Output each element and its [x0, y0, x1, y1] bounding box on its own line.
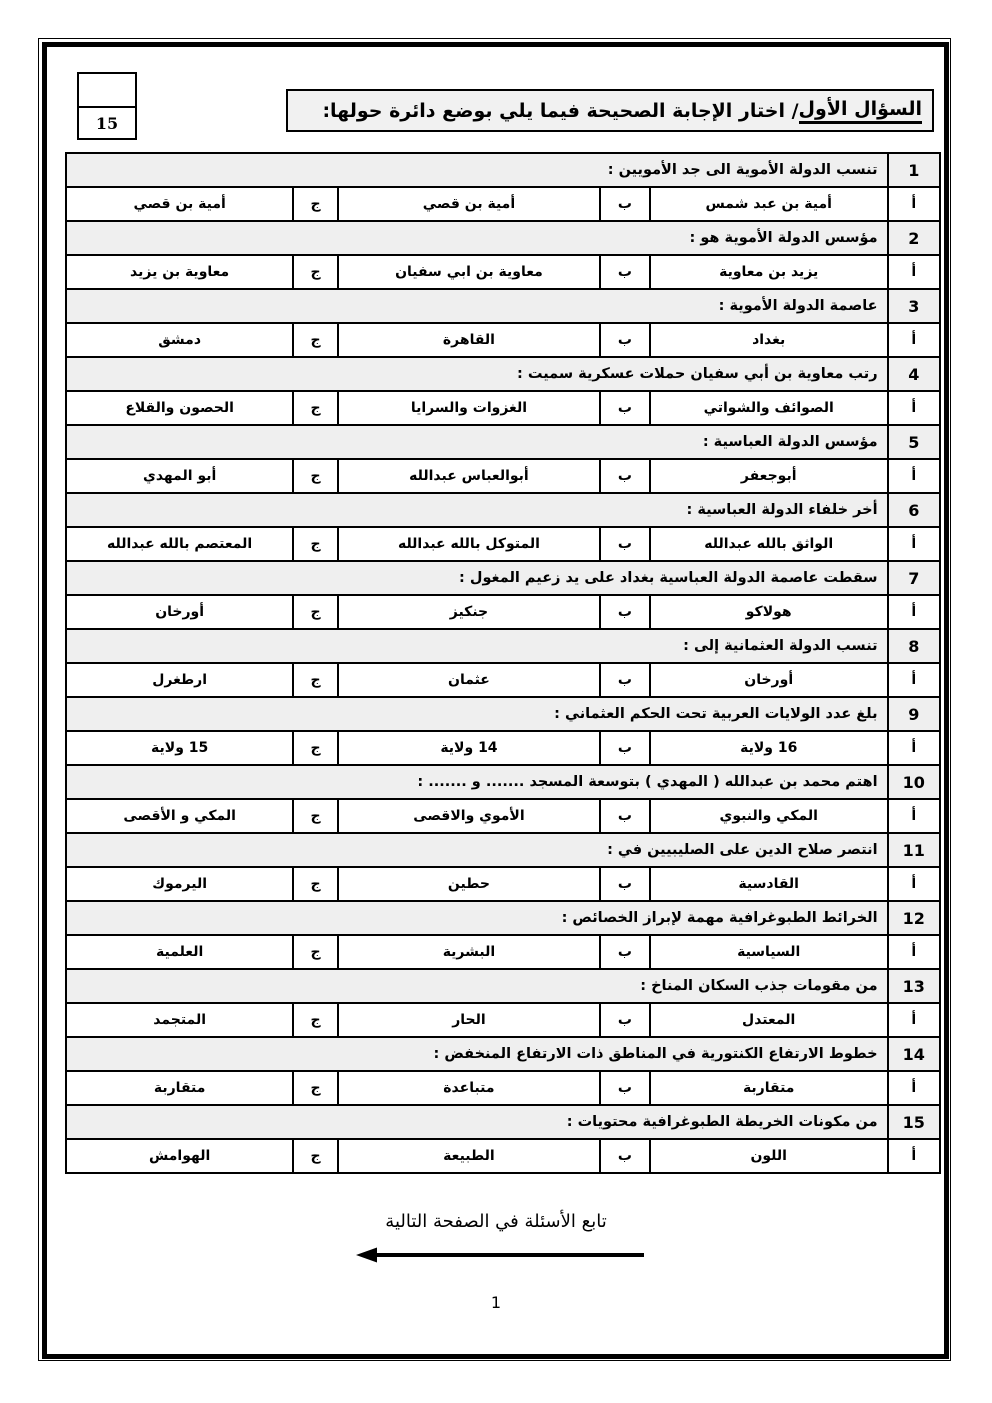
- option-letter-c: ج: [293, 1139, 338, 1173]
- option-c-text: ارطغرل: [66, 663, 293, 697]
- option-letter-b: ب: [600, 1071, 650, 1105]
- option-a-text: المكي والنبوي: [650, 799, 888, 833]
- option-b-text: جنكيز: [338, 595, 600, 629]
- question-text: رتب معاوية بن أبي سفيان حملات عسكرية سمي…: [66, 357, 888, 391]
- option-a-text: السياسية: [650, 935, 888, 969]
- option-letter-a: أ: [888, 1139, 940, 1173]
- option-a-text: 16 ولاية: [650, 731, 888, 765]
- answer-row: أ أمية بن عبد شمس ب أمية بن قصي ج أمية ب…: [66, 187, 940, 221]
- option-letter-a: أ: [888, 323, 940, 357]
- answer-row: أ متقاربة ب متباعدة ج متقاربة: [66, 1071, 940, 1105]
- option-letter-c: ج: [293, 187, 338, 221]
- question-number: 8: [888, 629, 940, 663]
- option-letter-b: ب: [600, 663, 650, 697]
- option-a-text: متقاربة: [650, 1071, 888, 1105]
- option-letter-c: ج: [293, 935, 338, 969]
- question-text: مؤسس الدولة الأموية هو :: [66, 221, 888, 255]
- title-underlined-part: السؤال الأول: [799, 98, 922, 124]
- exam-page: 15 السؤال الأول / اختار الإجابة الصحيحة …: [0, 0, 992, 1403]
- option-letter-c: ج: [293, 459, 338, 493]
- answer-row: أ يزيد بن معاوية ب معاوية بن ابي سفيان ج…: [66, 255, 940, 289]
- option-letter-a: أ: [888, 663, 940, 697]
- answer-row: أ الواثق بالله عبدالله ب المتوكل بالله ع…: [66, 527, 940, 561]
- question-header-row: 14 خطوط الارتفاع الكنتورية في المناطق ذا…: [66, 1037, 940, 1071]
- question-text: من مقومات جذب السكان المناخ :: [66, 969, 888, 1003]
- option-c-text: متقاربة: [66, 1071, 293, 1105]
- option-letter-b: ب: [600, 867, 650, 901]
- question-text: عاصمة الدولة الأموية :: [66, 289, 888, 323]
- option-b-text: القاهرة: [338, 323, 600, 357]
- question-header-row: 11 انتصر صلاح الدين على الصليبيين في :: [66, 833, 940, 867]
- question-text: أخر خلفاء الدولة العباسية :: [66, 493, 888, 527]
- question-text: خطوط الارتفاع الكنتورية في المناطق ذات ا…: [66, 1037, 888, 1071]
- option-c-text: اليرموك: [66, 867, 293, 901]
- option-letter-c: ج: [293, 1003, 338, 1037]
- score-box: 15: [77, 72, 137, 140]
- question-header-row: 9 بلغ عدد الولايات العربية تحت الحكم الع…: [66, 697, 940, 731]
- left-arrow-icon: [356, 1246, 646, 1264]
- option-letter-b: ب: [600, 459, 650, 493]
- option-a-text: بغداد: [650, 323, 888, 357]
- question-header-row: 12 الخرائط الطبوغرافية مهمة لإبراز الخصا…: [66, 901, 940, 935]
- option-b-text: معاوية بن ابي سفيان: [338, 255, 600, 289]
- option-b-text: الغزوات والسرايا: [338, 391, 600, 425]
- answer-row: أ 16 ولاية ب 14 ولاية ج 15 ولاية: [66, 731, 940, 765]
- option-a-text: هولاكو: [650, 595, 888, 629]
- option-letter-c: ج: [293, 731, 338, 765]
- option-a-text: اللون: [650, 1139, 888, 1173]
- question-number: 12: [888, 901, 940, 935]
- question-header-row: 5 مؤسس الدولة العباسية :: [66, 425, 940, 459]
- option-letter-b: ب: [600, 391, 650, 425]
- option-letter-a: أ: [888, 799, 940, 833]
- answer-row: أ بغداد ب القاهرة ج دمشق: [66, 323, 940, 357]
- score-box-empty-cell: [79, 74, 135, 108]
- option-letter-c: ج: [293, 867, 338, 901]
- answer-row: أ السياسية ب البشرية ج العلمية: [66, 935, 940, 969]
- question-number: 5: [888, 425, 940, 459]
- option-letter-b: ب: [600, 187, 650, 221]
- question-text: الخرائط الطبوغرافية مهمة لإبراز الخصائص …: [66, 901, 888, 935]
- question-number: 4: [888, 357, 940, 391]
- option-a-text: القادسية: [650, 867, 888, 901]
- mcq-table: 1 تنسب الدولة الأموية الى جد الأمويين : …: [65, 152, 941, 1174]
- option-letter-a: أ: [888, 187, 940, 221]
- option-b-text: المتوكل بالله عبدالله: [338, 527, 600, 561]
- question-header-row: 13 من مقومات جذب السكان المناخ :: [66, 969, 940, 1003]
- answer-row: أ المكي والنبوي ب الأموي والاقصى ج المكي…: [66, 799, 940, 833]
- answer-row: أ أبوجعفر ب أبوالعباس عبدالله ج أبو المه…: [66, 459, 940, 493]
- option-letter-c: ج: [293, 527, 338, 561]
- option-a-text: أورخان: [650, 663, 888, 697]
- question-text: مؤسس الدولة العباسية :: [66, 425, 888, 459]
- option-c-text: 15 ولاية: [66, 731, 293, 765]
- option-letter-a: أ: [888, 527, 940, 561]
- option-b-text: البشرية: [338, 935, 600, 969]
- option-b-text: حطين: [338, 867, 600, 901]
- option-letter-b: ب: [600, 1003, 650, 1037]
- question-number: 6: [888, 493, 940, 527]
- option-letter-b: ب: [600, 731, 650, 765]
- answer-row: أ المعتدل ب الحار ج المتجمد: [66, 1003, 940, 1037]
- option-c-text: الحصون والقلاع: [66, 391, 293, 425]
- question-number: 1: [888, 153, 940, 187]
- option-letter-a: أ: [888, 731, 940, 765]
- option-letter-b: ب: [600, 799, 650, 833]
- option-letter-b: ب: [600, 255, 650, 289]
- option-b-text: أبوالعباس عبدالله: [338, 459, 600, 493]
- option-a-text: يزيد بن معاوية: [650, 255, 888, 289]
- option-letter-a: أ: [888, 1071, 940, 1105]
- option-b-text: عثمان: [338, 663, 600, 697]
- option-letter-c: ج: [293, 595, 338, 629]
- option-letter-a: أ: [888, 935, 940, 969]
- option-b-text: 14 ولاية: [338, 731, 600, 765]
- question-number: 11: [888, 833, 940, 867]
- option-letter-a: أ: [888, 867, 940, 901]
- question-header-row: 6 أخر خلفاء الدولة العباسية :: [66, 493, 940, 527]
- question-header-row: 7 سقطت عاصمة الدولة العباسية بغداد على ي…: [66, 561, 940, 595]
- option-letter-c: ج: [293, 323, 338, 357]
- question-number: 15: [888, 1105, 940, 1139]
- option-letter-b: ب: [600, 935, 650, 969]
- option-c-text: أورخان: [66, 595, 293, 629]
- option-letter-c: ج: [293, 1071, 338, 1105]
- question-text: انتصر صلاح الدين على الصليبيين في :: [66, 833, 888, 867]
- question-header-row: 10 اهتم محمد بن عبدالله ( المهدي ) بتوسع…: [66, 765, 940, 799]
- option-c-text: أبو المهدي: [66, 459, 293, 493]
- option-letter-c: ج: [293, 391, 338, 425]
- option-letter-a: أ: [888, 391, 940, 425]
- option-letter-b: ب: [600, 323, 650, 357]
- score-box-total: 15: [79, 108, 135, 138]
- option-letter-b: ب: [600, 595, 650, 629]
- question-number: 14: [888, 1037, 940, 1071]
- question-one-title: السؤال الأول / اختار الإجابة الصحيحة فيم…: [286, 89, 934, 132]
- option-a-text: المعتدل: [650, 1003, 888, 1037]
- answer-row: أ أورخان ب عثمان ج ارطغرل: [66, 663, 940, 697]
- option-b-text: الحار: [338, 1003, 600, 1037]
- question-number: 3: [888, 289, 940, 323]
- option-b-text: الطبيعة: [338, 1139, 600, 1173]
- question-number: 13: [888, 969, 940, 1003]
- question-number: 9: [888, 697, 940, 731]
- option-c-text: دمشق: [66, 323, 293, 357]
- answer-row: أ القادسية ب حطين ج اليرموك: [66, 867, 940, 901]
- option-letter-c: ج: [293, 799, 338, 833]
- question-text: اهتم محمد بن عبدالله ( المهدي ) بتوسعة ا…: [66, 765, 888, 799]
- question-number: 7: [888, 561, 940, 595]
- option-b-text: متباعدة: [338, 1071, 600, 1105]
- option-a-text: الواثق بالله عبدالله: [650, 527, 888, 561]
- option-c-text: معاوية بن يزيد: [66, 255, 293, 289]
- question-header-row: 15 من مكونات الخريطة الطبوغرافية محتويات…: [66, 1105, 940, 1139]
- question-number: 2: [888, 221, 940, 255]
- answer-row: أ الصوائف والشواتي ب الغزوات والسرايا ج …: [66, 391, 940, 425]
- option-a-text: الصوائف والشواتي: [650, 391, 888, 425]
- option-letter-b: ب: [600, 1139, 650, 1173]
- question-header-row: 3 عاصمة الدولة الأموية :: [66, 289, 940, 323]
- question-text: سقطت عاصمة الدولة العباسية بغداد على يد …: [66, 561, 888, 595]
- option-c-text: الهوامش: [66, 1139, 293, 1173]
- option-letter-a: أ: [888, 595, 940, 629]
- option-a-text: أبوجعفر: [650, 459, 888, 493]
- option-letter-c: ج: [293, 663, 338, 697]
- option-c-text: المتجمد: [66, 1003, 293, 1037]
- option-b-text: أمية بن قصي: [338, 187, 600, 221]
- option-c-text: أمية بن قصي: [66, 187, 293, 221]
- option-c-text: العلمية: [66, 935, 293, 969]
- title-rest-part: / اختار الإجابة الصحيحة فيما يلي بوضع دا…: [322, 100, 798, 122]
- question-header-row: 2 مؤسس الدولة الأموية هو :: [66, 221, 940, 255]
- page-number: 1: [0, 1293, 992, 1312]
- question-text: بلغ عدد الولايات العربية تحت الحكم العثم…: [66, 697, 888, 731]
- question-text: تنسب الدولة العثمانية إلى :: [66, 629, 888, 663]
- question-number: 10: [888, 765, 940, 799]
- option-c-text: المكي و الأقصى: [66, 799, 293, 833]
- question-header-row: 4 رتب معاوية بن أبي سفيان حملات عسكرية س…: [66, 357, 940, 391]
- option-a-text: أمية بن عبد شمس: [650, 187, 888, 221]
- question-header-row: 8 تنسب الدولة العثمانية إلى :: [66, 629, 940, 663]
- option-c-text: المعتصم بالله عبدالله: [66, 527, 293, 561]
- option-b-text: الأموي والاقصى: [338, 799, 600, 833]
- option-letter-a: أ: [888, 1003, 940, 1037]
- option-letter-b: ب: [600, 527, 650, 561]
- option-letter-a: أ: [888, 255, 940, 289]
- question-header-row: 1 تنسب الدولة الأموية الى جد الأمويين :: [66, 153, 940, 187]
- option-letter-a: أ: [888, 459, 940, 493]
- option-letter-c: ج: [293, 255, 338, 289]
- continue-note: تابع الأسئلة في الصفحة التالية: [0, 1211, 992, 1232]
- question-text: تنسب الدولة الأموية الى جد الأمويين :: [66, 153, 888, 187]
- answer-row: أ هولاكو ب جنكيز ج أورخان: [66, 595, 940, 629]
- answer-row: أ اللون ب الطبيعة ج الهوامش: [66, 1139, 940, 1173]
- question-text: من مكونات الخريطة الطبوغرافية محتويات :: [66, 1105, 888, 1139]
